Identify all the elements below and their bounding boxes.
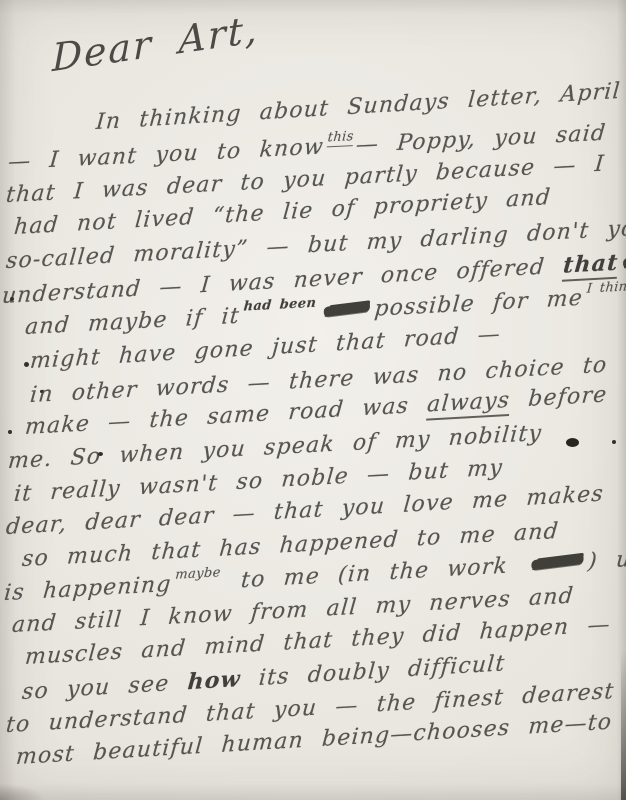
scribbled-out-word	[323, 301, 369, 317]
ink-speck	[98, 452, 103, 456]
letter-paper: Dear Art, In thinking about Sundays lett…	[0, 0, 626, 800]
inserted-word: I think	[586, 279, 626, 297]
photo-edge-shadow	[621, 650, 626, 800]
ink-speck	[10, 297, 14, 301]
corner-shadow	[0, 774, 70, 800]
ink-speck	[24, 362, 29, 367]
ink-speck	[40, 390, 43, 393]
retraced-word: how	[187, 666, 242, 695]
ink-speck	[8, 430, 12, 434]
underlined-word: that	[562, 250, 620, 282]
ink-blot	[566, 438, 579, 447]
inserted-word: had been	[243, 296, 317, 315]
underlined-word: always	[426, 388, 511, 421]
inserted-word: maybe	[175, 565, 222, 583]
inserted-word: this	[327, 129, 355, 147]
salutation: Dear Art,	[52, 7, 259, 80]
scribbled-out-word	[531, 554, 583, 570]
ink-speck	[612, 440, 616, 444]
